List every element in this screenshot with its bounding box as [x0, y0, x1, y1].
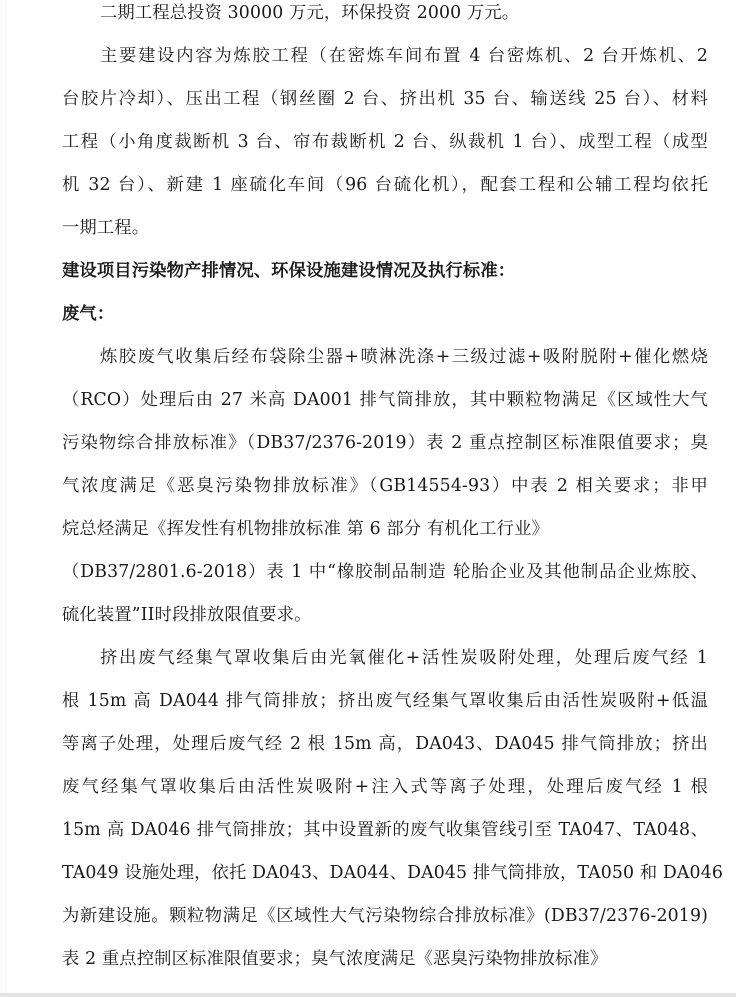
- paragraph-construction-line-1: 主要建设内容为炼胶工程（在密炼车间布置 4 台密炼机、2 台开炼机、2: [62, 35, 708, 78]
- paragraph-mixing-gas-line-2: （RCO）处理后由 27 米高 DA001 排气筒排放，其中颗粒物满足《区域性大…: [62, 379, 708, 422]
- subsection-heading-waste-gas: 废气：: [62, 293, 708, 336]
- document-page: 二期工程总投资 30000 万元，环保投资 2000 万元。 主要建设内容为炼胶…: [62, 0, 708, 981]
- page-left-margin: [0, 0, 7, 993]
- paragraph-mixing-gas-line-6: （DB37/2801.6-2018）表 1 中“橡胶制品制造 轮胎企业及其他制品…: [62, 551, 708, 594]
- paragraph-extrusion-gas-line-6: TA049 设施处理，依托 DA043、DA044、DA045 排气筒排放，TA…: [62, 852, 708, 895]
- paragraph-extrusion-gas-line-5: 15m 高 DA046 排气筒排放；其中设置新的废气收集管线引至 TA047、T…: [62, 809, 708, 852]
- paragraph-mixing-gas-line-5: 烷总烃满足《挥发性有机物排放标准 第 6 部分 有机化工行业》: [62, 508, 708, 551]
- paragraph-extrusion-gas-line-2: 根 15m 高 DA044 排气筒排放；挤出废气经集气罩收集后由活性炭吸附+低温: [62, 680, 708, 723]
- paragraph-mixing-gas-line-1: 炼胶废气收集后经布袋除尘器+喷淋洗涤+三级过滤+吸附脱附+催化燃烧: [62, 336, 708, 379]
- paragraph-construction-line-3: 工程（小角度裁断机 3 台、帘布裁断机 2 台、纵裁机 1 台）、成型工程（成型: [62, 121, 708, 164]
- paragraph-extrusion-gas-line-1: 挤出废气经集气罩收集后由光氧催化+活性炭吸附处理，处理后废气经 1: [62, 637, 708, 680]
- paragraph-mixing-gas-line-3: 污染物综合排放标准》（DB37/2376-2019）表 2 重点控制区标准限值要…: [62, 422, 708, 465]
- paragraph-construction-line-5: 一期工程。: [62, 207, 708, 250]
- paragraph-investment-line: 二期工程总投资 30000 万元，环保投资 2000 万元。: [62, 0, 708, 35]
- section-heading-pollution: 建设项目污染物产排情况、环保设施建设情况及执行标准：: [62, 250, 708, 293]
- paragraph-extrusion-gas-line-8: 表 2 重点控制区标准限值要求；臭气浓度满足《恶臭污染物排放标准》: [62, 938, 708, 981]
- paragraph-mixing-gas-line-4: 气浓度满足《恶臭污染物排放标准》（GB14554-93）中表 2 相关要求；非甲: [62, 465, 708, 508]
- paragraph-extrusion-gas-line-3: 等离子处理，处理后废气经 2 根 15m 高，DA043、DA045 排气筒排放…: [62, 723, 708, 766]
- paragraph-extrusion-gas-line-4: 废气经集气罩收集后由活性炭吸附+注入式等离子处理，处理后废气经 1 根: [62, 766, 708, 809]
- paragraph-construction-line-2: 台胶片冷却）、压出工程（钢丝圈 2 台、挤出机 35 台、输送线 25 台）、材…: [62, 78, 708, 121]
- paragraph-mixing-gas-line-7: 硫化装置”II时段排放限值要求。: [62, 594, 708, 637]
- page-bottom-edge: [0, 993, 736, 997]
- paragraph-extrusion-gas-line-7: 为新建设施。颗粒物满足《区域性大气污染物综合排放标准》(DB37/2376-20…: [62, 895, 708, 938]
- paragraph-construction-line-4: 机 32 台）、新建 1 座硫化车间（96 台硫化机），配套工程和公辅工程均依托: [62, 164, 708, 207]
